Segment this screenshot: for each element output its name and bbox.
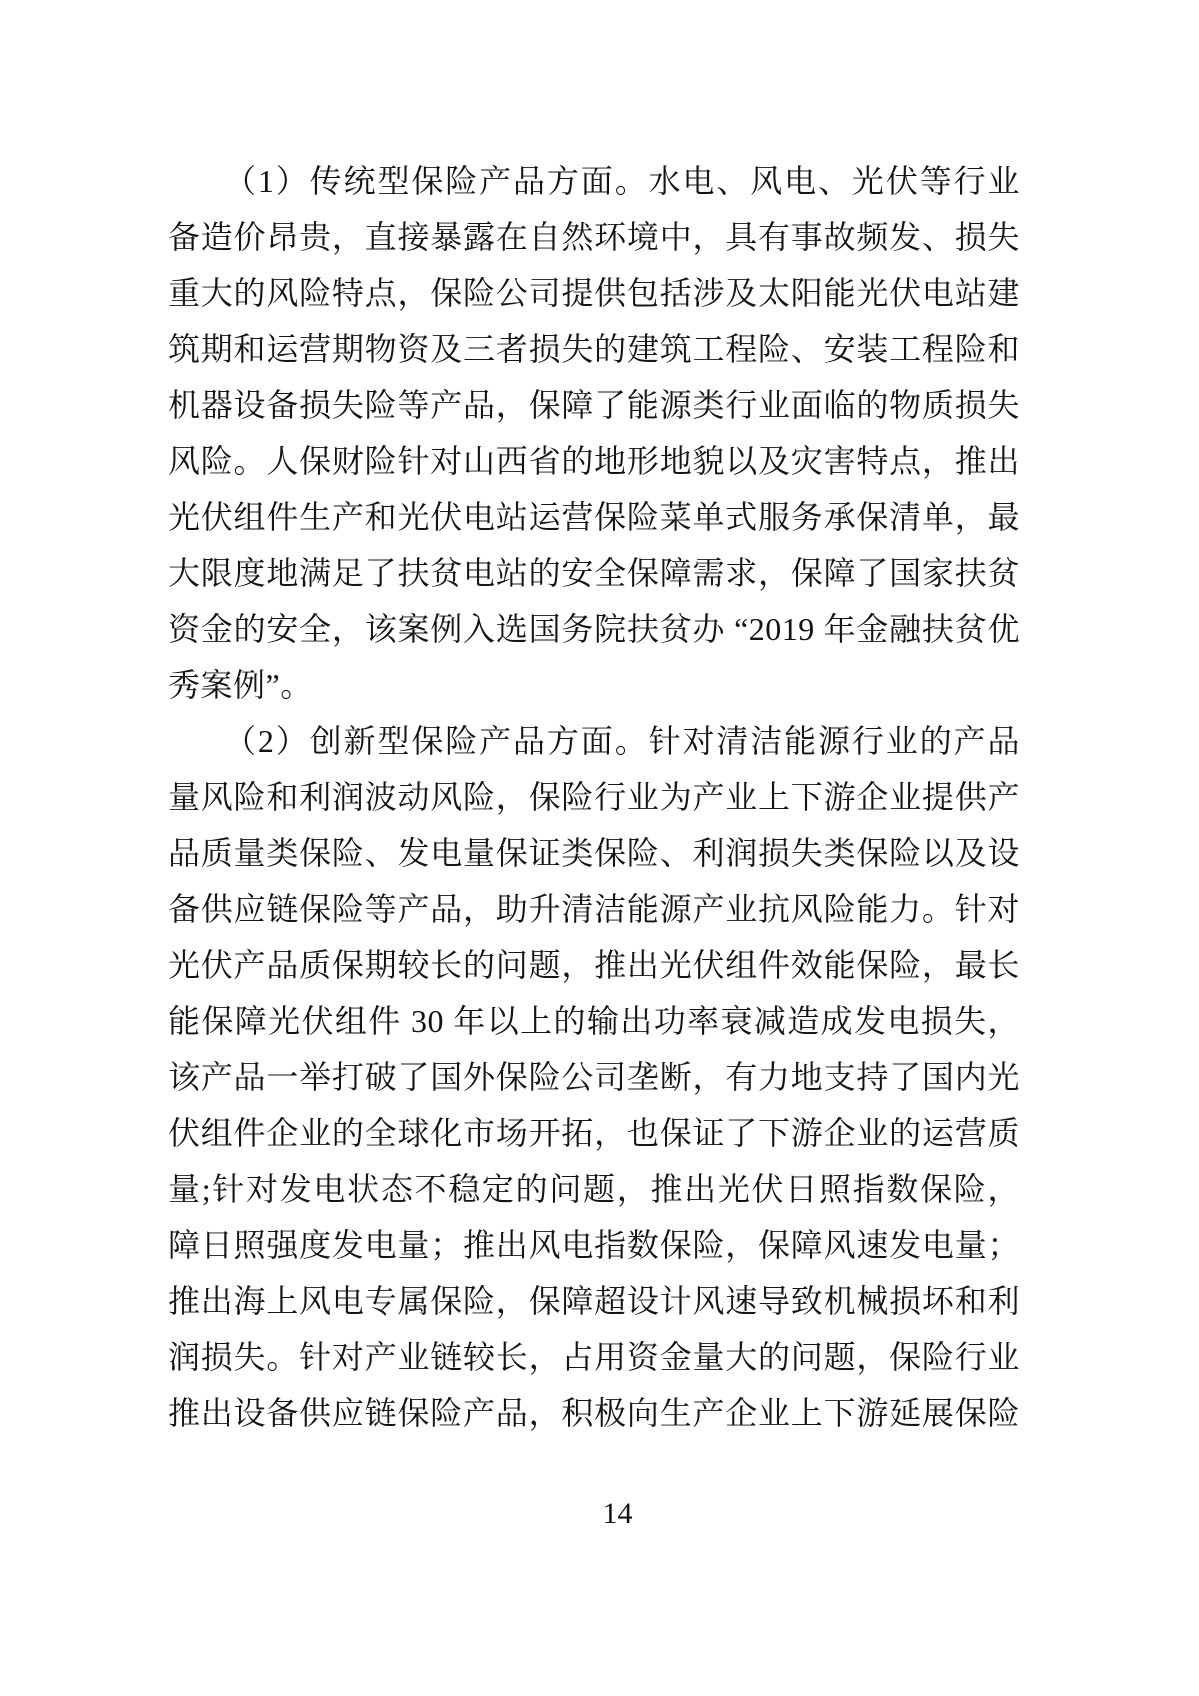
text-line: 资金的安全，该案例入选国务院扶贫办 “2019 年金融扶贫优 [168,601,1020,657]
text-line: 大限度地满足了扶贫电站的安全保障需求，保障了国家扶贫 [168,545,1020,601]
text-line: 秀案例”。 [168,657,1020,713]
text-line: 该产品一举打破了国外保险公司垄断，有力地支持了国内光 [168,1049,1020,1105]
text-line: 能保障光伏组件 30 年以上的输出功率衰减造成发电损失， [168,993,1020,1049]
text-line: （1）传统型保险产品方面。水电、风电、光伏等行业设 [168,153,1020,209]
text-line: 风险。人保财险针对山西省的地形地貌以及灾害特点，推出 [168,433,1020,489]
text-line: 光伏组件生产和光伏电站运营保险菜单式服务承保清单，最 [168,489,1020,545]
text-line: 备供应链保险等产品，助升清洁能源产业抗风险能力。针对 [168,881,1020,937]
text-line: 机器设备损失险等产品，保障了能源类行业面临的物质损失 [168,377,1020,433]
text-line: 伏组件企业的全球化市场开拓，也保证了下游企业的运营质 [168,1105,1020,1161]
text-line: 润损失。针对产业链较长，占用资金量大的问题，保险行业 [168,1329,1020,1385]
text-line: 量;针对发电状态不稳定的问题，推出光伏日照指数保险，保 [168,1161,1020,1217]
text-line: （2）创新型保险产品方面。针对清洁能源行业的产品质 [168,713,1020,769]
text-line: 重大的风险特点，保险公司提供包括涉及太阳能光伏电站建 [168,265,1020,321]
text-line: 推出设备供应链保险产品，积极向生产企业上下游延展保险 [168,1385,1020,1441]
text-line: 筑期和运营期物资及三者损失的建筑工程险、安装工程险和 [168,321,1020,377]
paragraph-innovative-insurance: （2）创新型保险产品方面。针对清洁能源行业的产品质 量风险和利润波动风险，保险行… [168,713,1020,1441]
paragraph-traditional-insurance: （1）传统型保险产品方面。水电、风电、光伏等行业设 备造价昂贵，直接暴露在自然环… [168,153,1020,713]
text-line: 量风险和利润波动风险，保险行业为产业上下游企业提供产 [168,769,1020,825]
text-line: 障日照强度发电量；推出风电指数保险，保障风速发电量； [168,1217,1020,1273]
text-line: 推出海上风电专属保险，保障超设计风速导致机械损坏和利 [168,1273,1020,1329]
document-text-block: （1）传统型保险产品方面。水电、风电、光伏等行业设 备造价昂贵，直接暴露在自然环… [168,153,1020,1441]
text-line: 品质量类保险、发电量保证类保险、利润损失类保险以及设 [168,825,1020,881]
text-line: 光伏产品质保期较长的问题，推出光伏组件效能保险，最长 [168,937,1020,993]
page-number: 14 [18,1498,1199,1530]
text-line: 备造价昂贵，直接暴露在自然环境中，具有事故频发、损失 [168,209,1020,265]
